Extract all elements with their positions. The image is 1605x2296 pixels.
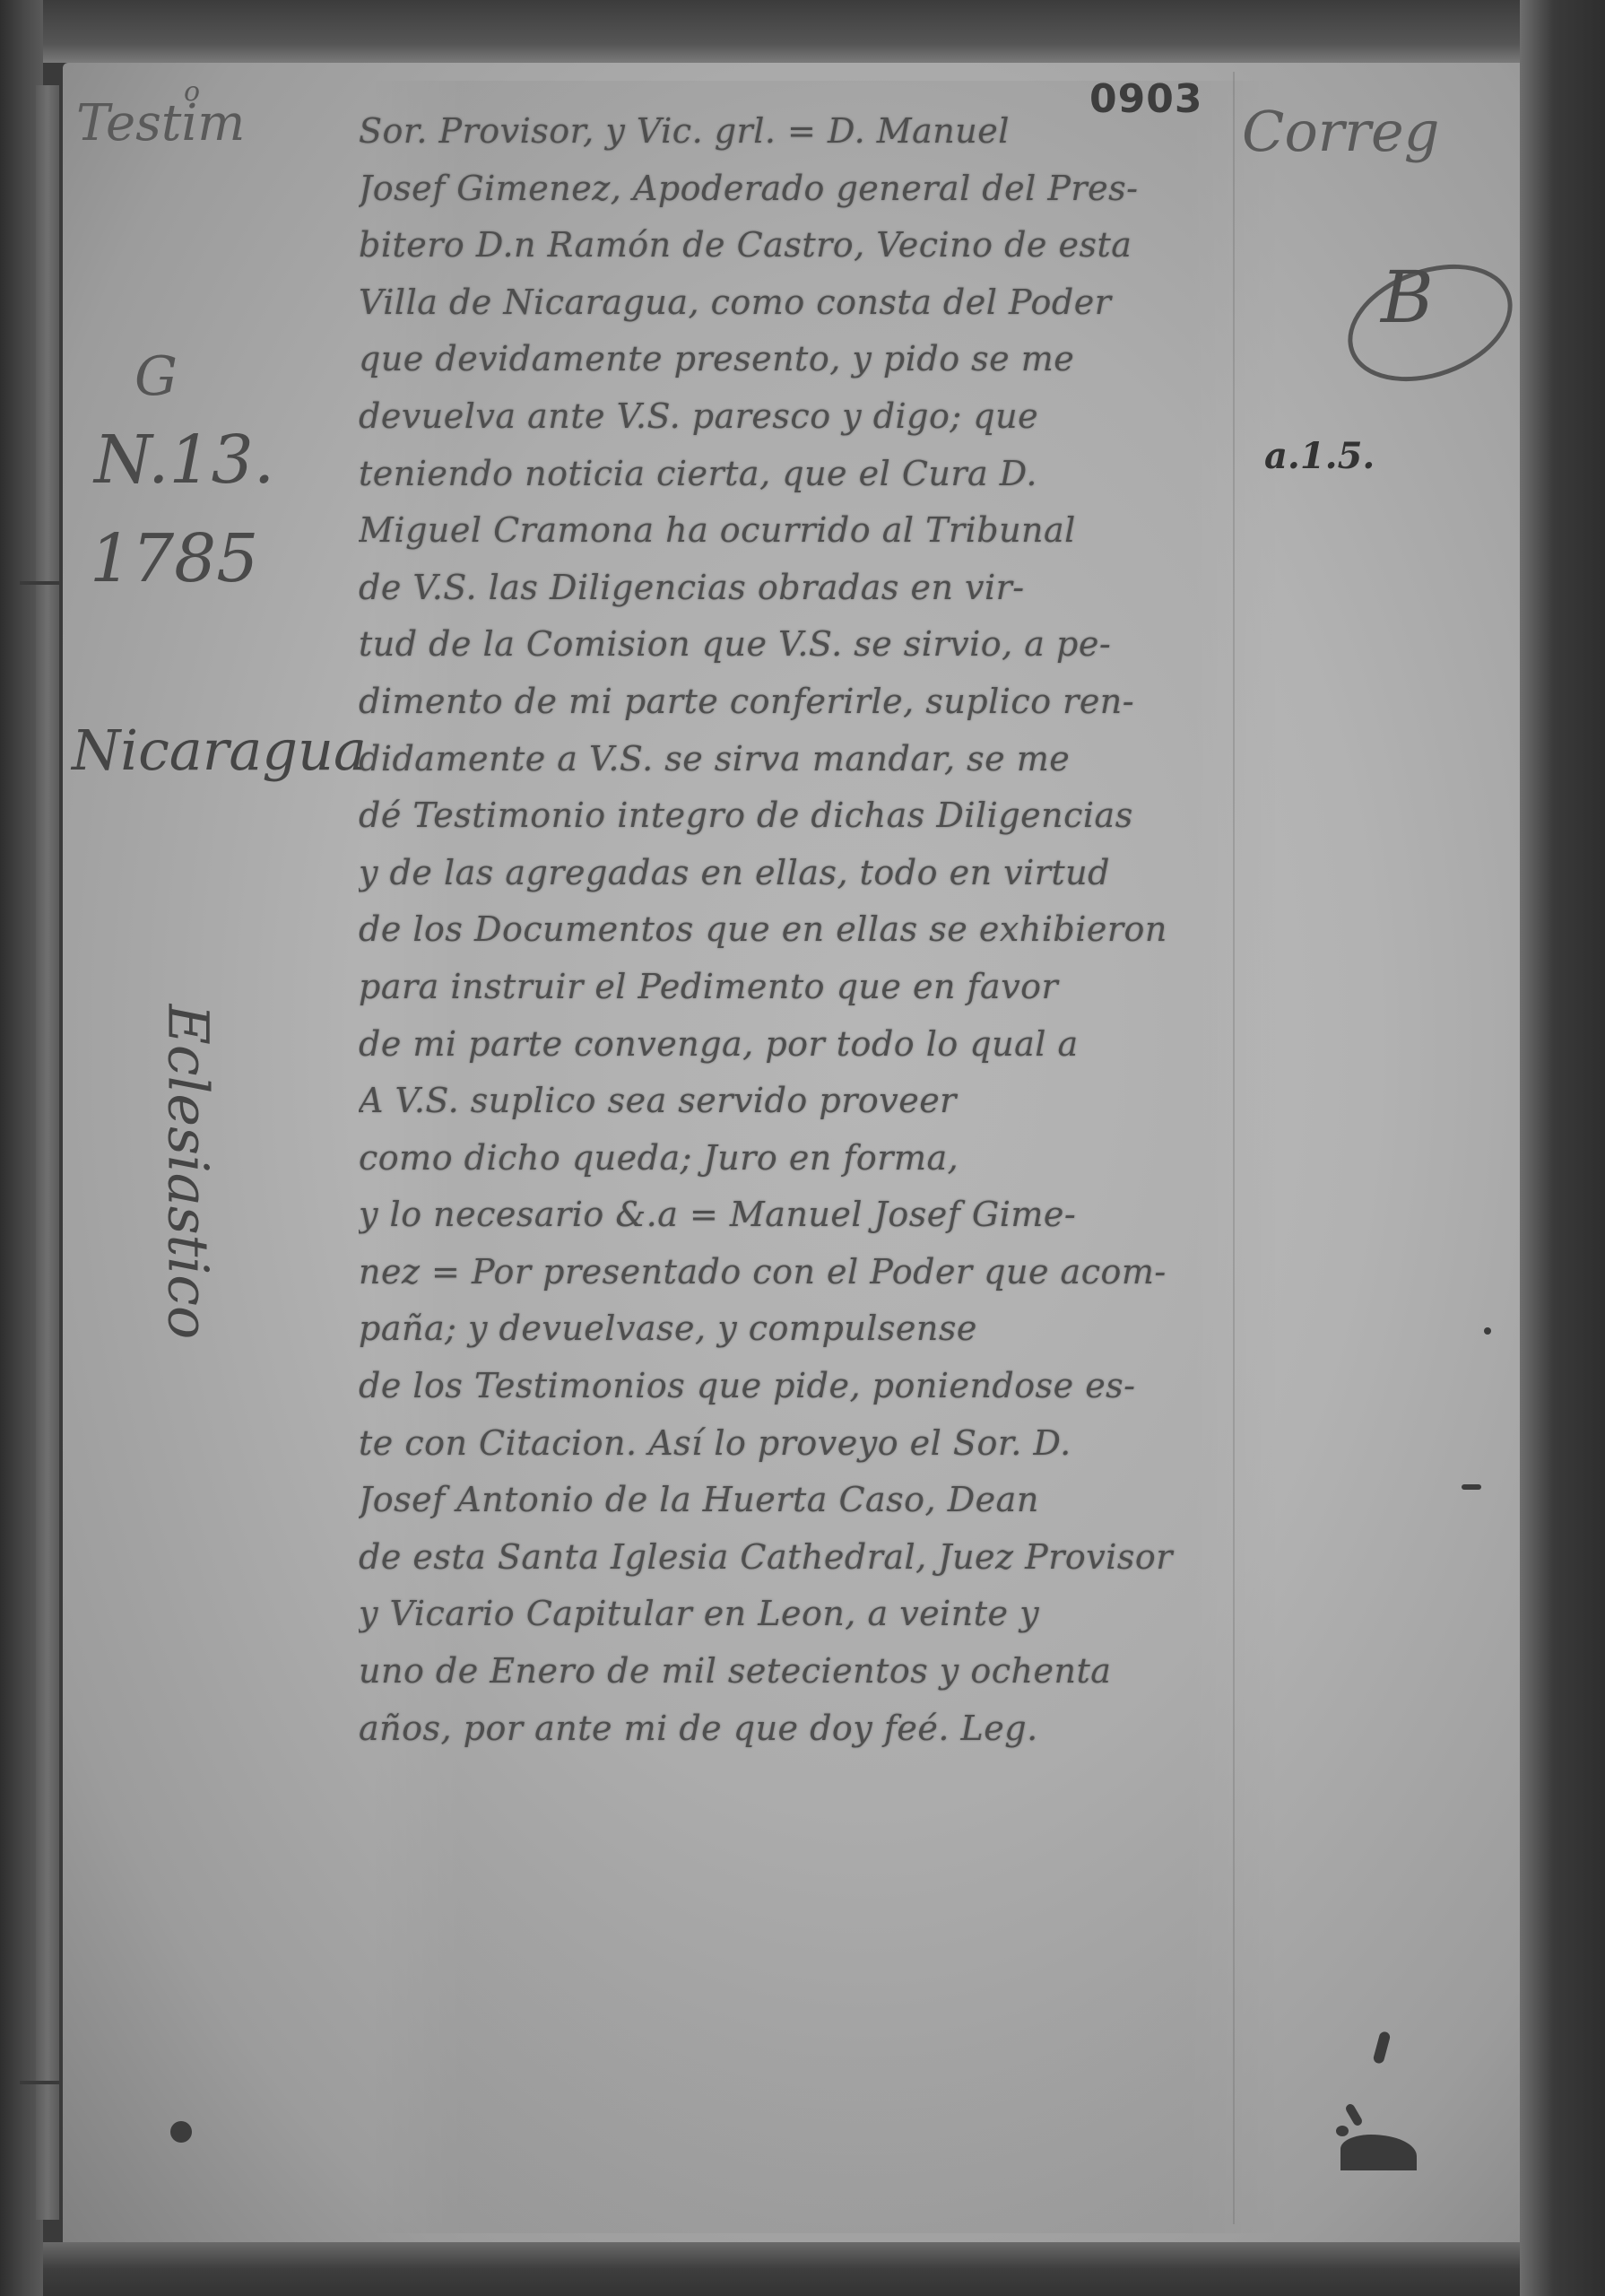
body-line: y Vicario Capitular en Leon, a veinte y [359,1586,1219,1643]
body-line: Josef Gimenez, Apoderado general del Pre… [359,161,1219,218]
body-line: teniendo noticia cierta, que el Cura D. [359,446,1219,503]
body-line: de esta Santa Iglesia Cathedral, Juez Pr… [359,1529,1219,1587]
body-line: dé Testimonio integro de dichas Diligenc… [359,787,1219,845]
body-line: de V.S. las Diligencias obradas en vir- [359,560,1219,617]
body-line: como dicho queda; Juro en forma, [359,1130,1219,1187]
binding-notch [20,581,61,585]
ink-spot [1462,1484,1481,1490]
body-line: años, por ante mi de que doy feé. Leg. [359,1700,1219,1758]
margin-heading-testimonio: Testim [76,94,245,152]
folio-mark: a.1.5. [1264,435,1375,477]
body-line: y de las agregadas en ellas, todo en vir… [359,845,1219,902]
rubric-letter: B [1381,256,1434,339]
body-line: Josef Antonio de la Huerta Caso, Dean [359,1472,1219,1529]
body-line: nez = Por presentado con el Poder que ac… [359,1244,1219,1301]
ink-spot [170,2121,192,2143]
manuscript-body: Sor. Provisor, y Vic. grl. = D. Manuel J… [359,103,1219,1757]
right-margin-rule [1233,72,1235,2224]
margin-letter: G [134,345,178,408]
body-line: dimento de mi parte conferirle, suplico … [359,674,1219,731]
body-line: que devidamente presento, y pido se me [359,331,1219,388]
body-line: Villa de Nicaragua, como consta del Pode… [359,274,1219,332]
body-line: tud de la Comision que V.S. se sirvio, a… [359,616,1219,674]
scan-border-right [1520,0,1605,2296]
body-line: de los Testimonios que pide, poniendose … [359,1358,1219,1415]
body-line: para instruir el Pedimento que en favor [359,959,1219,1016]
body-line: bitero D.n Ramón de Castro, Vecino de es… [359,217,1219,274]
body-line: didamente a V.S. se sirva mandar, se me [359,731,1219,788]
body-line: te con Citacion. Así lo proveyo el Sor. … [359,1415,1219,1473]
margin-category-vertical: Eclesiastico [156,930,221,1414]
body-line: Sor. Provisor, y Vic. grl. = D. Manuel [359,103,1219,161]
margin-heading-superscript: o [184,76,200,108]
body-line: y lo necesario &.a = Manuel Josef Gime- [359,1187,1219,1244]
body-line: paña; y devuelvase, y compulsense [359,1300,1219,1358]
binding-notch [20,2081,61,2084]
scan-border-bottom [0,2242,1605,2296]
body-line: A V.S. suplico sea servido proveer [359,1073,1219,1130]
body-line: uno de Enero de mil setecientos y ochent… [359,1643,1219,1700]
margin-year: 1785 [90,520,258,597]
body-line: devuelva ante V.S. paresco y digo; que [359,388,1219,446]
body-line: de mi parte convenga, por todo lo qual a [359,1016,1219,1074]
ink-spot [1484,1327,1491,1335]
binding-edge [36,85,63,2220]
ink-spot [1336,2126,1349,2136]
margin-file-number: N.13. [94,422,274,499]
body-line: de los Documentos que en ellas se exhibi… [359,901,1219,959]
scan-border-top [0,0,1605,63]
margin-heading-corregimiento: Correg [1242,99,1439,164]
body-line: Miguel Cramona ha ocurrido al Tribunal [359,502,1219,560]
margin-country: Nicaragua [72,717,367,783]
